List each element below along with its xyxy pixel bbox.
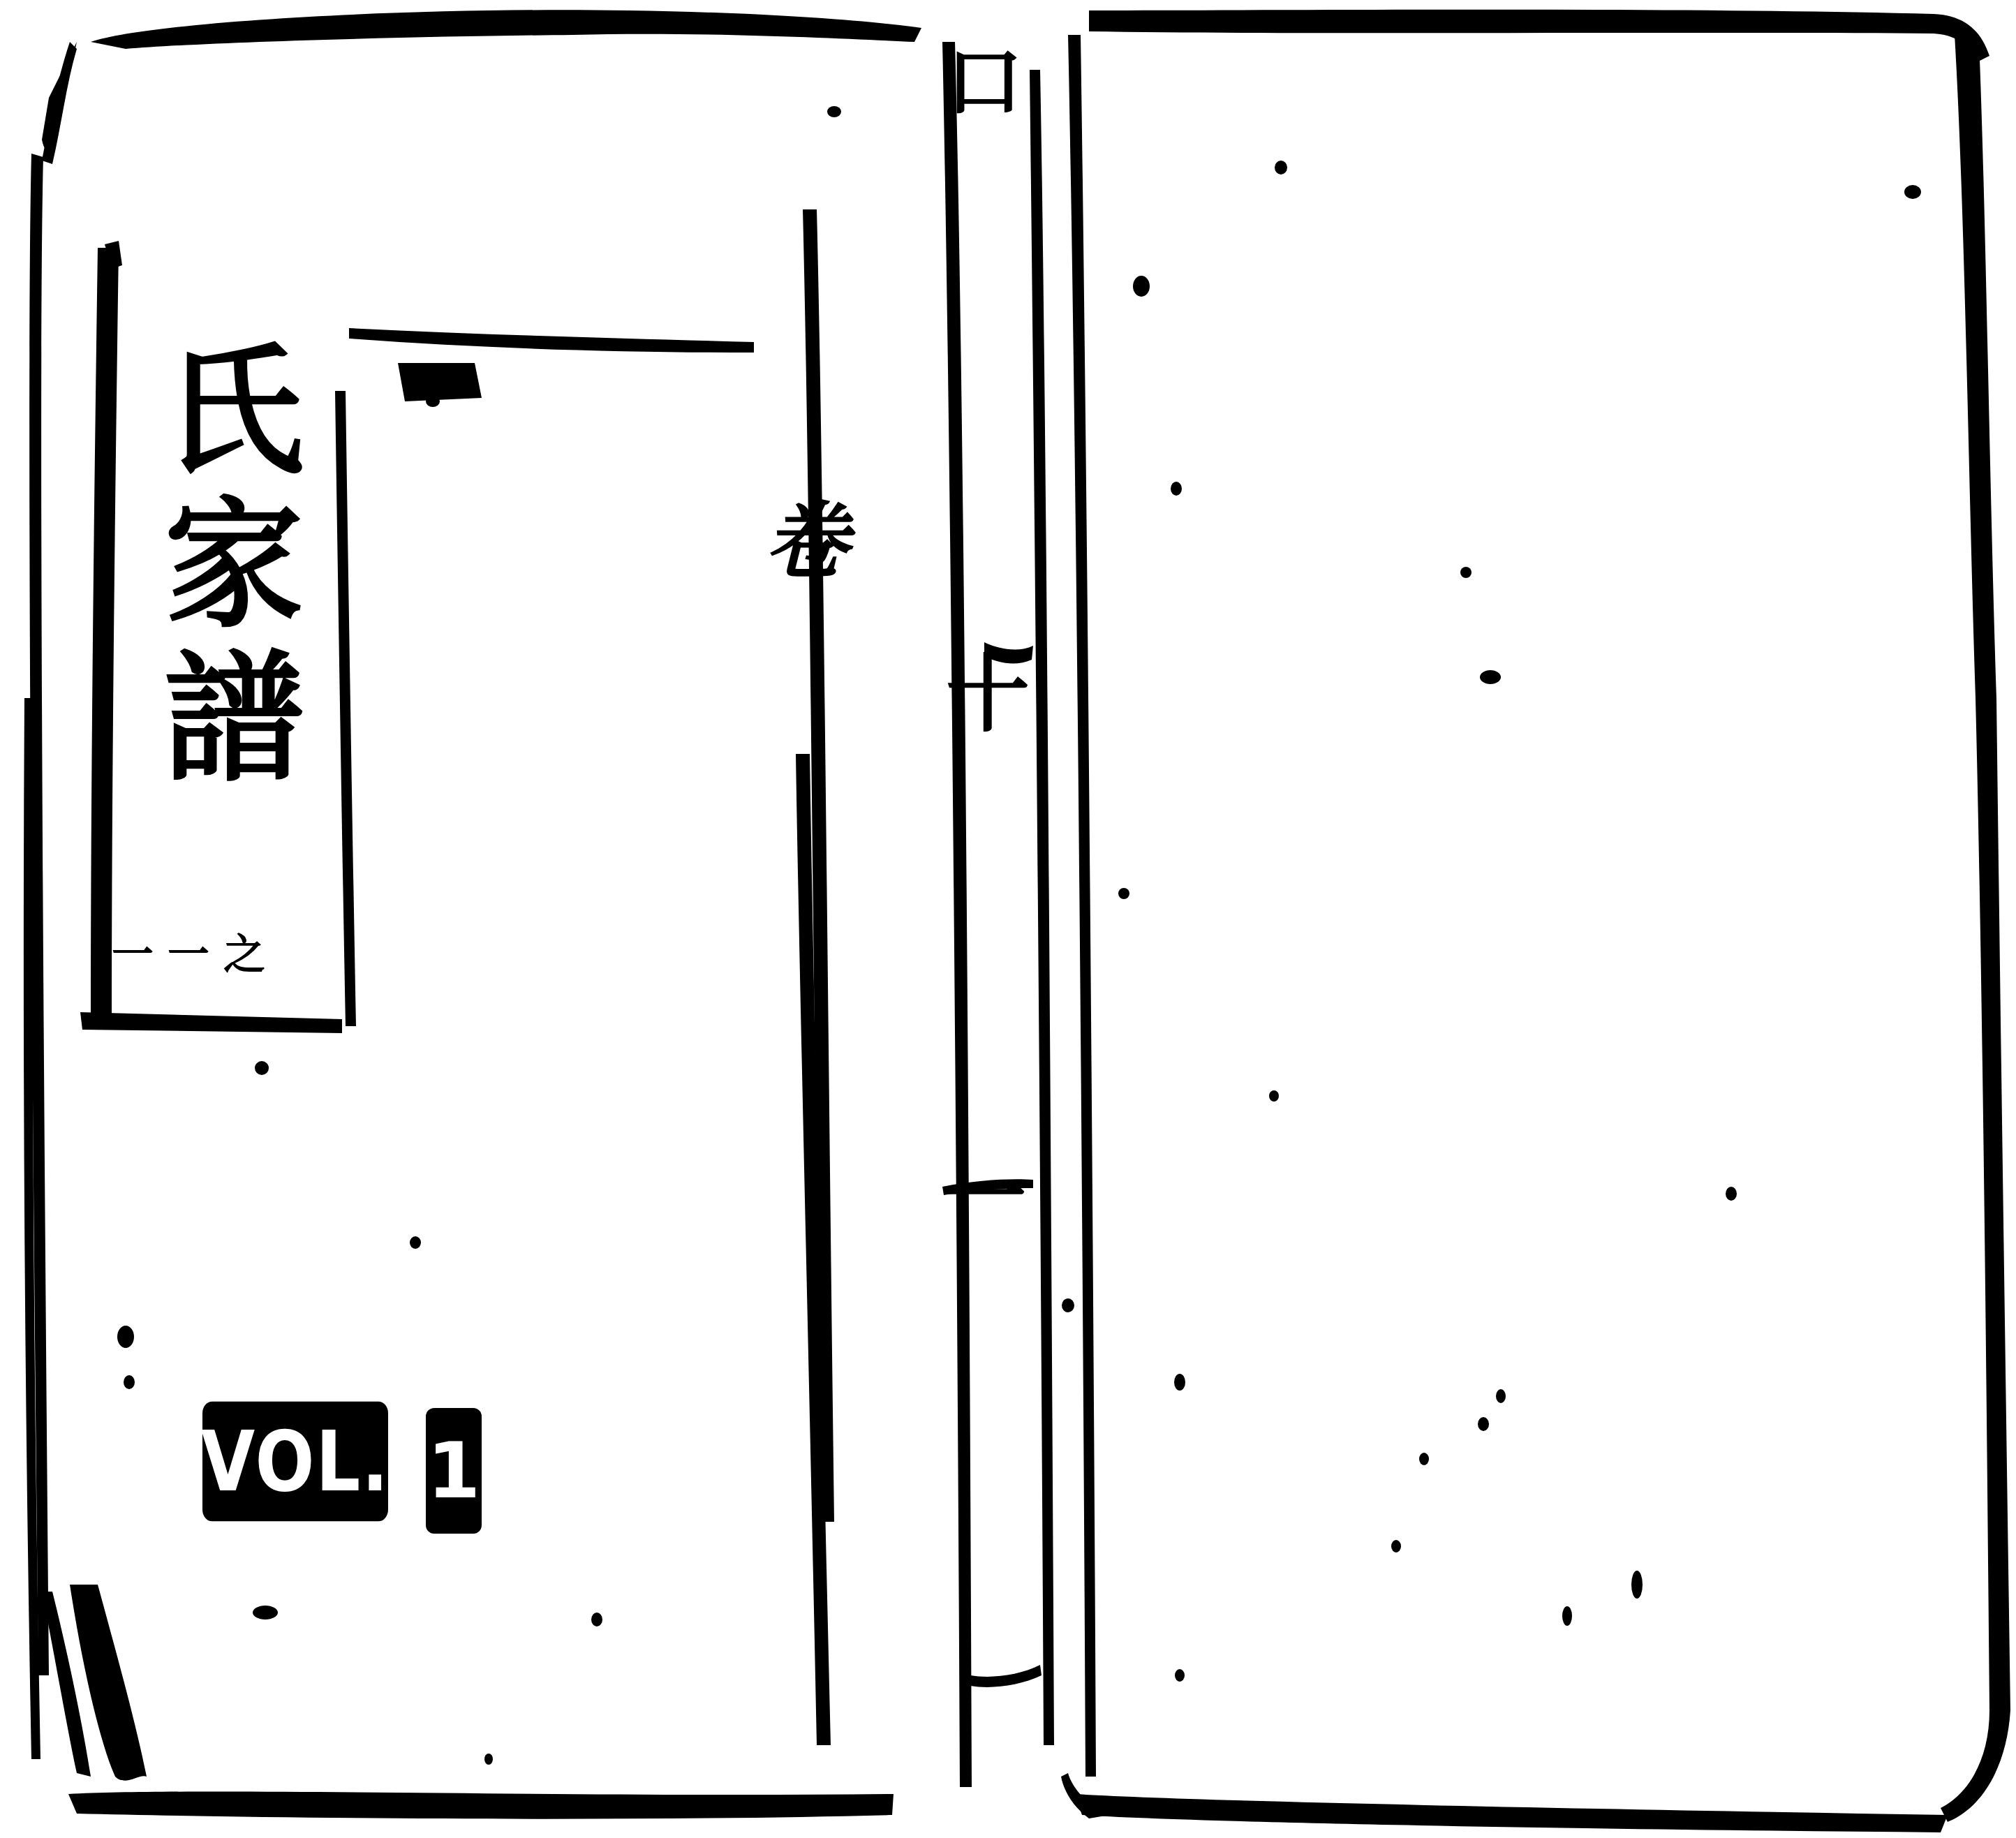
title-label-subtitle: 一一之 <box>112 921 321 981</box>
spine-mark-1: 口 <box>946 21 1023 131</box>
back-cover-outline <box>1061 10 2010 1832</box>
scan-speckles <box>117 106 1921 1765</box>
spine-mark-3: 一 <box>942 1131 1026 1251</box>
title-char-2: 家 <box>164 489 304 642</box>
front-cover-outline <box>24 10 921 1818</box>
title-char-3: 譜 <box>164 642 304 796</box>
volume-prefix-label: VOL. <box>202 1402 388 1522</box>
title-char-1: 氏 <box>164 335 304 489</box>
book-scan <box>0 0 2016 1838</box>
spine-outline <box>942 42 1054 1787</box>
spine-mark-2: 十 <box>946 628 1030 748</box>
title-label: 氏 家 譜 <box>136 335 332 796</box>
volume-number-label: 1 <box>426 1408 482 1534</box>
spine-handwritten-char: 卷 <box>764 475 848 595</box>
